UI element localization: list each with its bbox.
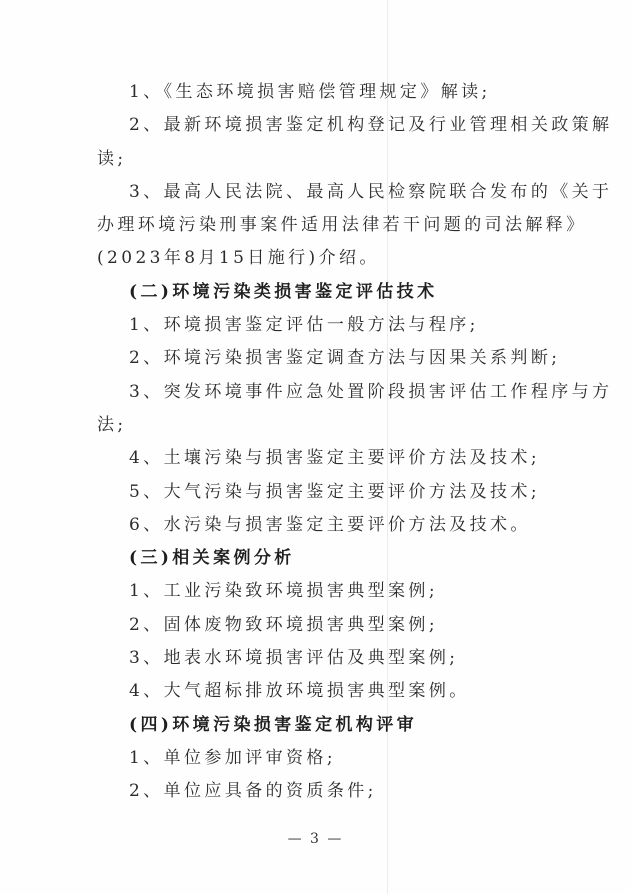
list-item: 1、单位参加评审资格;: [97, 742, 547, 775]
list-item-cont: 法;: [97, 409, 547, 442]
document-body: 1、《生态环境损害赔偿管理规定》解读; 2、最新环境损害鉴定机构登记及行业管理相…: [97, 76, 547, 809]
section-heading-3: (三)相关案例分析: [97, 542, 547, 575]
list-item: 3、突发环境事件应急处置阶段损害评估工作程序与方: [97, 376, 547, 409]
list-item: 4、土壤污染与损害鉴定主要评价方法及技术;: [97, 442, 547, 475]
list-item: 6、水污染与损害鉴定主要评价方法及技术。: [97, 509, 547, 542]
section-heading-4: (四)环境污染损害鉴定机构评审: [97, 709, 547, 742]
section-heading-2: (二)环境污染类损害鉴定评估技术: [97, 276, 547, 309]
item-judicial-interpretation: 3、最高人民法院、最高人民检察院联合发布的《关于: [97, 176, 547, 209]
list-item: 5、大气污染与损害鉴定主要评价方法及技术;: [97, 476, 547, 509]
list-item: 3、地表水环境损害评估及典型案例;: [97, 642, 547, 675]
page-number: — 3 —: [0, 831, 631, 847]
item-policy-interpretation: 2、最新环境损害鉴定机构登记及行业管理相关政策解: [97, 109, 547, 142]
item-policy-interpretation-cont: 读;: [97, 143, 547, 176]
document-page: 1、《生态环境损害赔偿管理规定》解读; 2、最新环境损害鉴定机构登记及行业管理相…: [0, 0, 631, 894]
item-judicial-interpretation-date: (2023年8月15日施行)介绍。: [97, 242, 547, 275]
list-item: 2、环境污染损害鉴定调查方法与因果关系判断;: [97, 342, 547, 375]
list-item: 2、固体废物致环境损害典型案例;: [97, 609, 547, 642]
list-item: 1、环境损害鉴定评估一般方法与程序;: [97, 309, 547, 342]
list-item: 1、工业污染致环境损害典型案例;: [97, 575, 547, 608]
list-item: 4、大气超标排放环境损害典型案例。: [97, 675, 547, 708]
item-regulation-interpretation: 1、《生态环境损害赔偿管理规定》解读;: [97, 76, 547, 109]
item-judicial-interpretation-cont: 办理环境污染刑事案件适用法律若干问题的司法解释》: [97, 209, 547, 242]
list-item: 2、单位应具备的资质条件;: [97, 775, 547, 808]
